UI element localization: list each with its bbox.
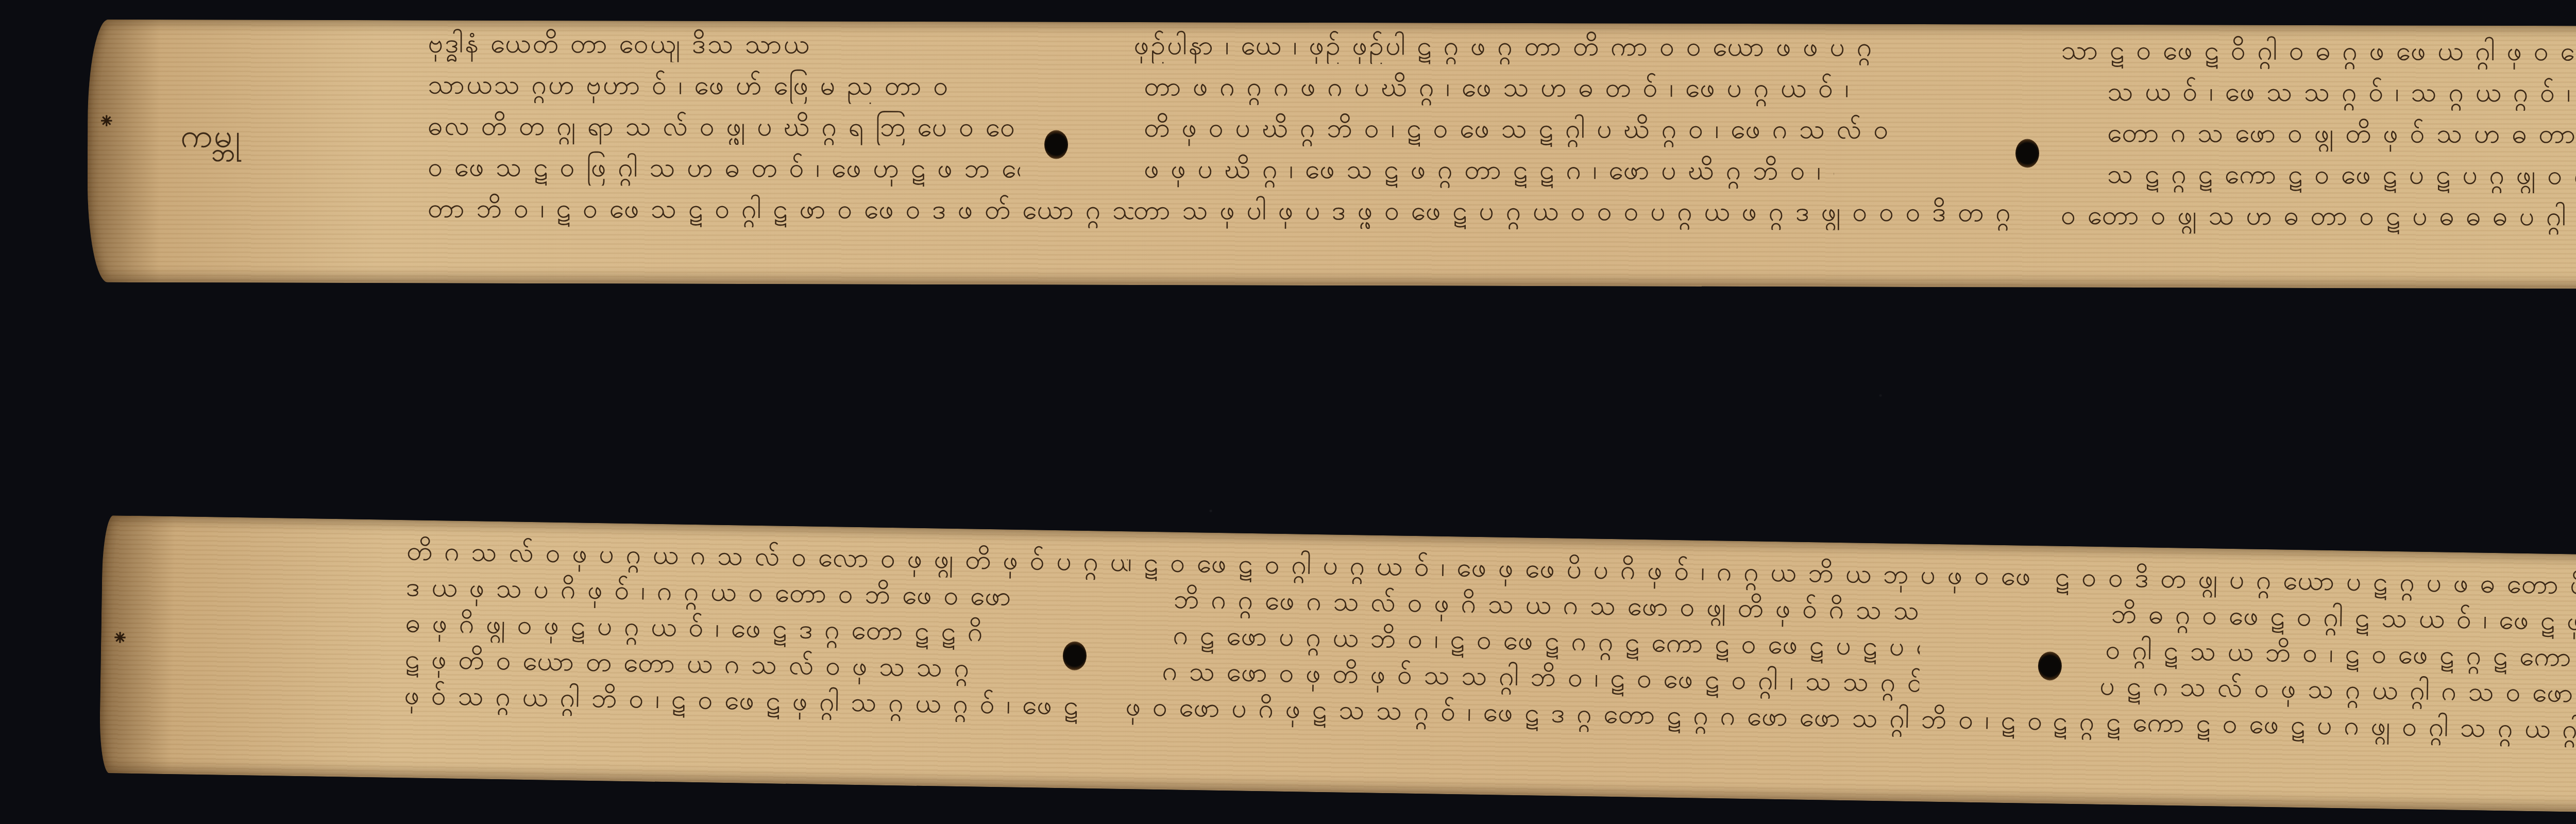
text-line: တိ ဖု ဝ ပ ဃိ ဂ္ဂ ဘိ ဝ ၊ ဋ ဝ ဖေ သ ဋ ဂ္ဂါ … xyxy=(1144,110,1891,148)
text-line: သ ဋ ဂ္ဂ ဋ ကော ဋ ဝ ဖေ ဋ ပ ဋ ပ ဂ္ဂ ဖျွ ဝ ဂ… xyxy=(2107,156,2576,194)
text-line: တော ဂ သ ဖော ဝ ဖျွ တိ ဖု ဝ် သ ဟ ဓ တာ ဘိ တ… xyxy=(2107,115,2576,153)
string-hole-right xyxy=(2038,651,2062,681)
text-line: ဝ ဖေ သ ဋ ဝ ဖြ ဂ္ဂါ သ ဟ ဓ တ ဝ် ၊ ဖေ ဟု ဋ … xyxy=(428,149,1020,187)
text-line: ဖု ဝ် သ ဂ္ဂ ယ ဂ္ဂါ ဘိ ဝ ၊ ဋ ဝ ဖေ ဋ ဖု ဂ္… xyxy=(404,677,1126,725)
text-line: ဖုဉ်ပါနာ ၊ ယေ ၊ ဖုဉ် ဖုဉ်ပါ ဋ ဂ္ဂ ဖ ဂ္ဂ … xyxy=(1133,27,2061,66)
palm-leaf-top: ⁕ ကမ္ဘု ဗုဒ္ဓါနံ ယေတိ တာ ဝေယျ ဒိသ သာယ သာ… xyxy=(87,20,2576,290)
text-line: ဓလ တိ တ ဂ္ဂု ရာ သ လ် ဝ ဖ္ဖု ပ ဃိ ဂ္ဂ ရ ဘ… xyxy=(428,108,1025,145)
text-line: သာယသ ဂ္ဂဟ ဗုဟာ ဝ် ၊ ဖေ ဟ် ဖြေ မ ည တာ ဝ xyxy=(428,66,1020,104)
palm-leaf-bottom: ⁕ တိ ဂ သ လ် ဝ ဖု ပ ဂ္ဂ ယ ဂ သ လ် ဝ လော ဝ … xyxy=(99,515,2576,818)
text-line: ဗုဒ္ဓါနံ ယေတိ တာ ဝေယျ ဒိသ သာယ xyxy=(428,25,1133,63)
string-hole-left xyxy=(1044,130,1068,159)
text-line: တာ ဘိ ဝ ၊ ဋ ဝ ဖေ သ ဋ ဝ ဂ္ဂါ ဋ ဖာ ဝ ဖေ ဝ … xyxy=(428,190,1133,228)
string-hole-right xyxy=(2015,139,2039,167)
edge-damage-mark: ⁕ xyxy=(111,626,129,650)
folio-number: ကမ္ဘု xyxy=(180,115,242,163)
edge-damage-mark: ⁕ xyxy=(98,110,115,133)
text-line: ဖ ဖု ပ ဃိ ဂ္ဂ ၊ ဖေ သ ဋ ဖ ဂ္ဂ တာ ဋ ဋ ဂ ၊ … xyxy=(1144,151,1834,189)
text-line: တာ သ ဖု ပါ ဖု ပ ဒ ဖ္ဖ ဝ ဖေ ဋ ပ ဂ္ဂ ယ ဝ ဝ… xyxy=(1133,192,2061,231)
text-line: သ ယ ဝ် ၊ ဖေ သ သ ဂ္ဂ ဝ် ၊ သ ဂ္ဂ ယ ဂ္ဂ ဝ် … xyxy=(2107,74,2576,112)
text-line: သာ ဋ ဝ ဖေ ဋ ဝိ ဂ္ဂါ ဝ ဓ ဂ္ဂ ဖ ဖေ ယ ဂ္ဂါ … xyxy=(2061,32,2576,71)
text-line: တာ ဖ ဂ ဂ္ဂ ဂ ဖ ဂ ပ ဃိ ဂ္ဂ ၊ ဖေ သ ဟ ဓ တ ဝ… xyxy=(1144,69,1850,107)
text-line: ဝ တော ဝ ဖျွ သ ဟ ဓ တာ ဝ ဋ ပ ဓ ဓ ဓ ပ ဂ္ဂါ … xyxy=(2061,197,2576,236)
text-line: ဋ ဂ္ဂ ဋ ကော ဋ ဝ ဖေ ဋ ပ ဂ ဖျွ ဝ ဂ္ဂါ သ ဂ္… xyxy=(2053,703,2576,751)
string-hole-left xyxy=(1063,641,1087,670)
